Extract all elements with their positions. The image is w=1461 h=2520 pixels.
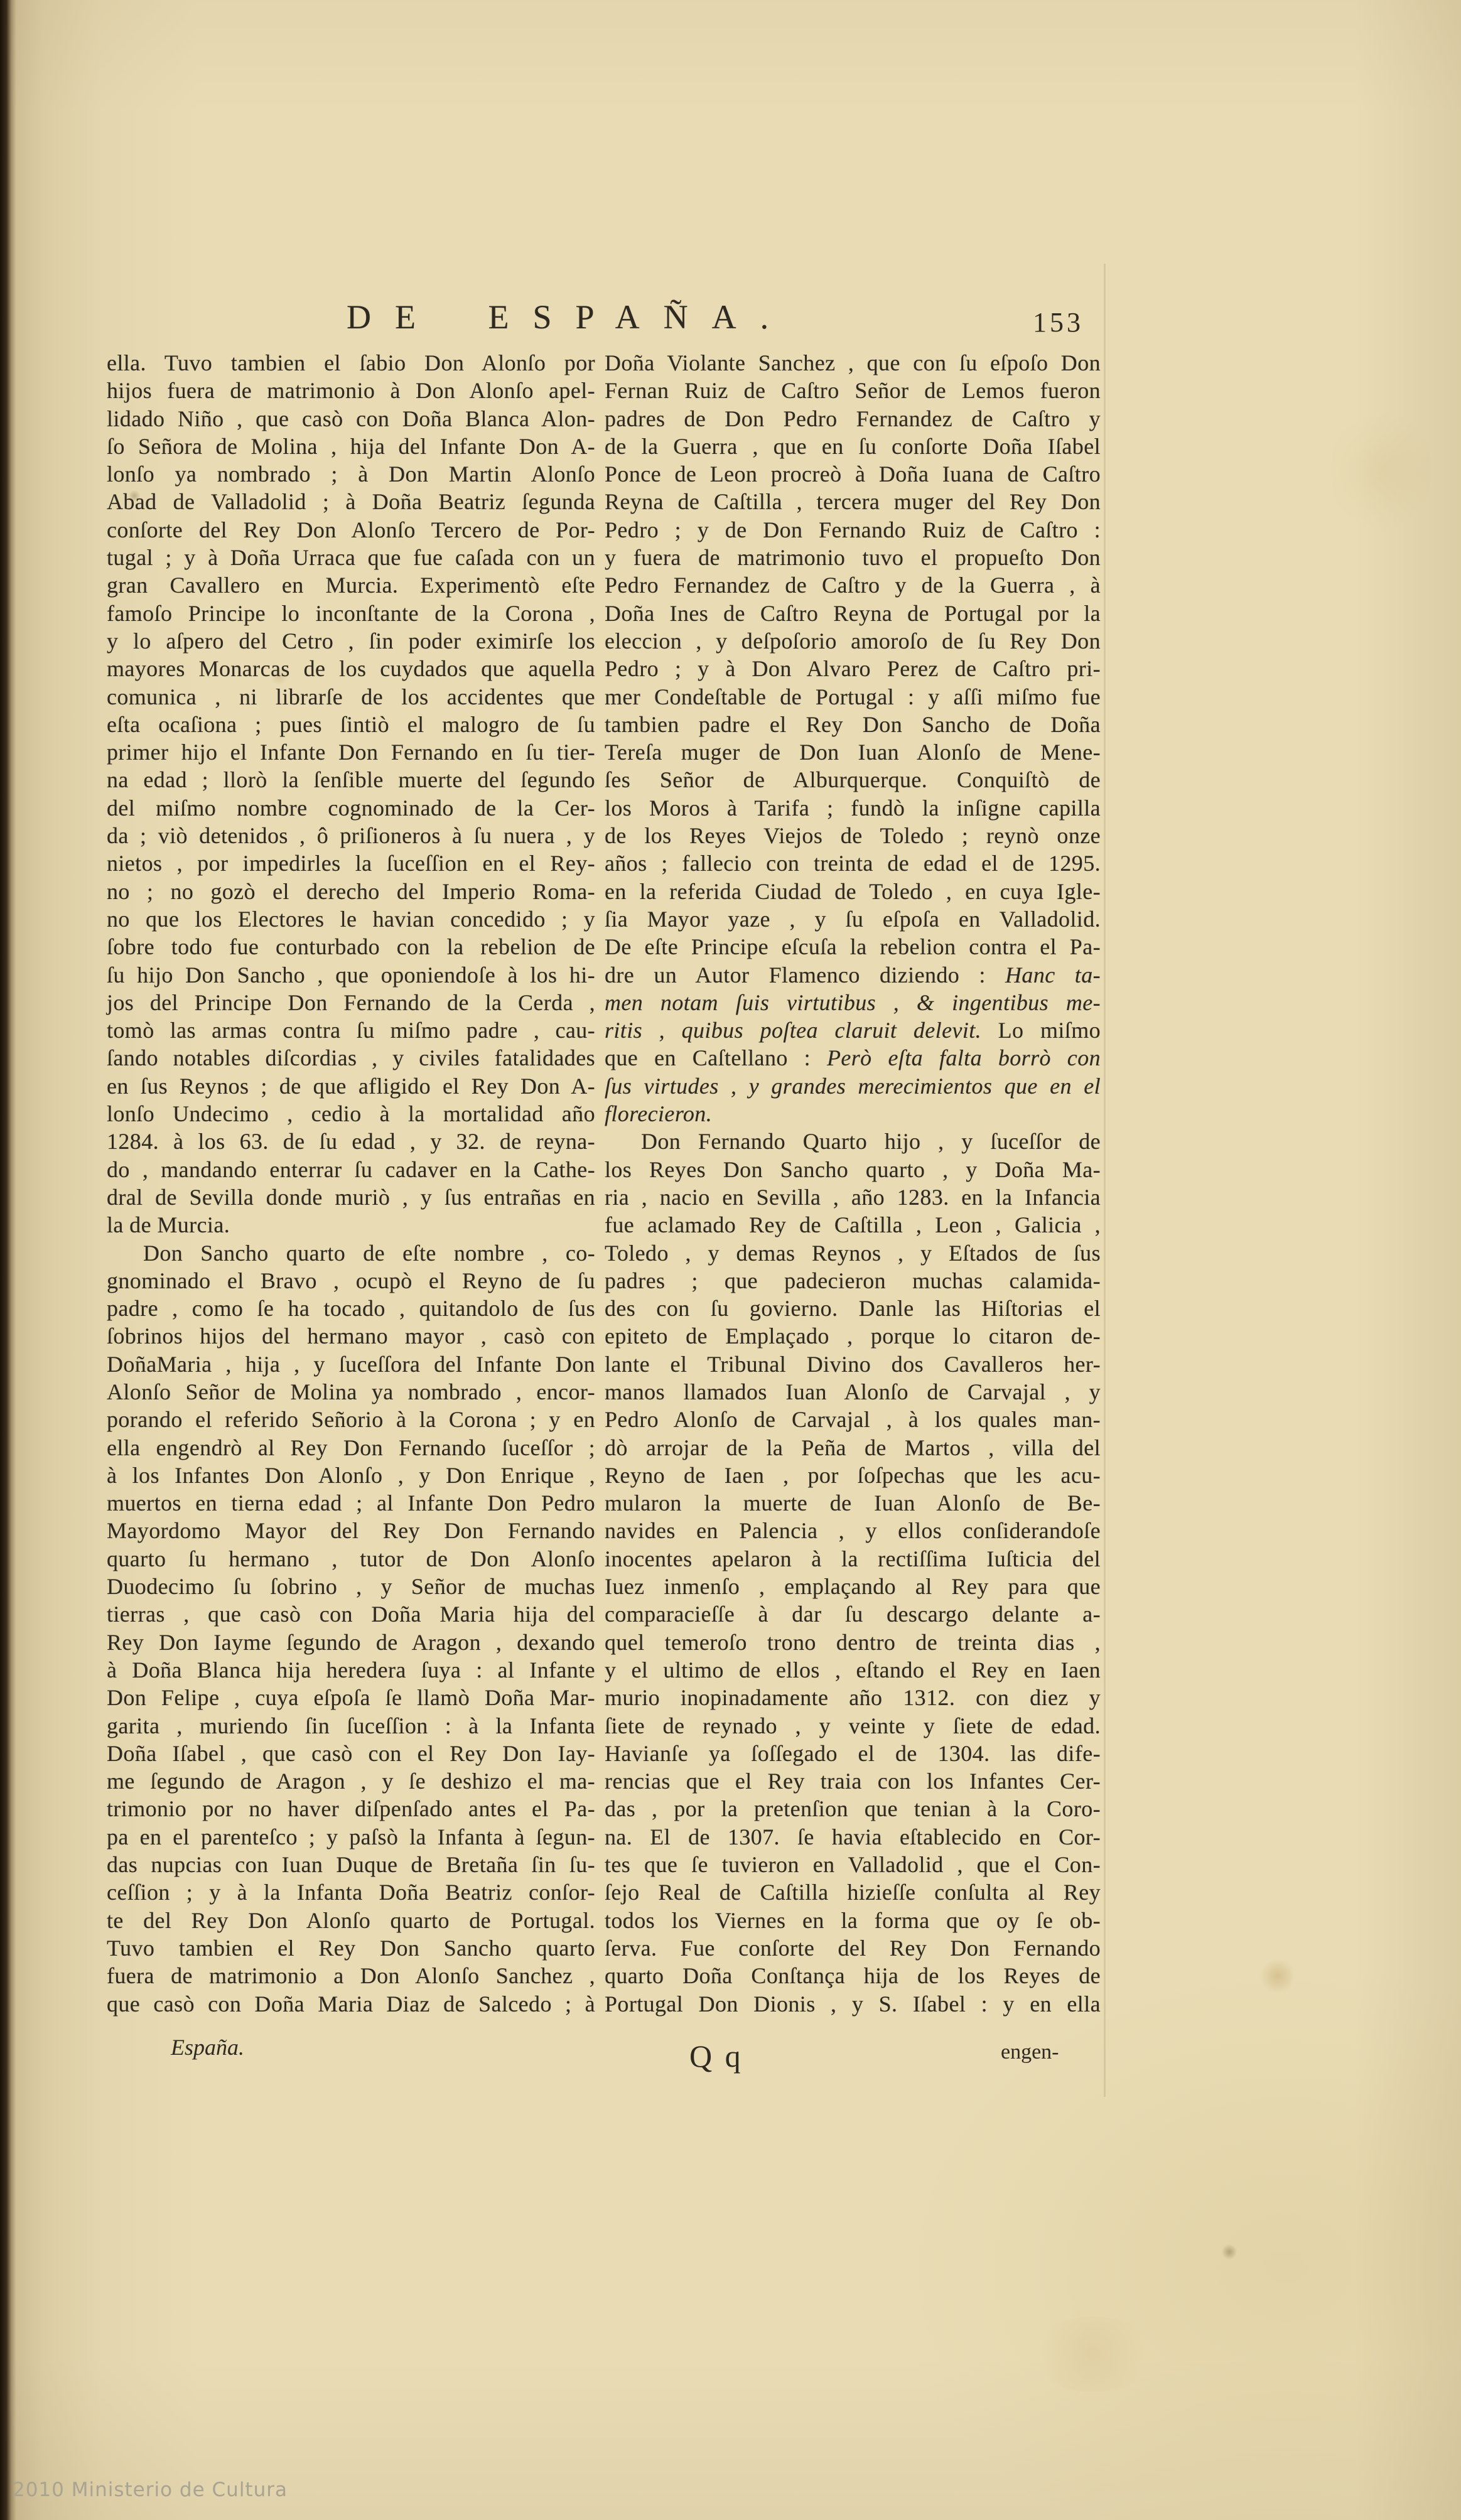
text-segment: na. El de 1307. ſe havia eſtablecido en …: [605, 1824, 1101, 1850]
text-line: Pedro Fernandez de Caſtro y de la Guerra…: [605, 571, 1101, 599]
text-line: rencias que el Rey traia con los Infante…: [605, 1767, 1101, 1795]
text-line: Pedro ; y à Don Alvaro Perez de Caſtro p…: [605, 655, 1101, 682]
text-segment: tambien padre el Rey Don Sancho de Doña: [605, 712, 1101, 737]
text-line: conſorte del Rey Don Alonſo Tercero de P…: [107, 516, 595, 544]
text-segment: de los Reyes Viejos de Toledo ; reynò on…: [605, 823, 1101, 848]
catchword-right: engen-: [1001, 2040, 1059, 2064]
text-line: mer Condeſtable de Portugal : y aſſi miſ…: [605, 683, 1101, 711]
italic-text-segment: ritis , quibus poſtea claruit delevit.: [605, 1018, 998, 1043]
text-line: lidado Niño , que casò con Doña Blanca A…: [107, 405, 595, 433]
text-line: fuera de matrimonio a Don Alonſo Sanchez…: [107, 1962, 595, 1990]
text-segment: años ; fallecio con treinta de edad el d…: [605, 851, 1101, 876]
text-segment: dre un Autor Flamenco diziendo :: [605, 962, 1005, 988]
text-segment: y el ultimo de ellos , eſtando el Rey en…: [605, 1657, 1101, 1683]
text-line: tugal ; y à Doña Urraca que fue caſada c…: [107, 544, 595, 571]
text-segment: das , por la pretenſion que tenian à la …: [605, 1796, 1101, 1821]
text-segment: quarto Doña Conſtança hija de los Reyes …: [605, 1963, 1101, 1988]
text-line: Doña Iſabel , que casò con el Rey Don Ia…: [107, 1740, 595, 1767]
text-segment: Iuez inmenſo , emplaçando al Rey para qu…: [605, 1574, 1101, 1599]
text-line: das nupcias con Iuan Duque de Bretaña ſi…: [107, 1851, 595, 1878]
text-line: años ; fallecio con treinta de edad el d…: [605, 849, 1101, 877]
text-line: inocentes apelaron à la rectiſſima Iuſti…: [605, 1545, 1101, 1573]
text-line: Don Sancho quarto de eſte nombre , co-: [107, 1239, 595, 1267]
text-line: Toledo , y demas Reynos , y Eſtados de ſ…: [605, 1239, 1101, 1267]
text-line: lante el Tribunal Divino dos Cavalleros …: [605, 1350, 1101, 1378]
text-line: das , por la pretenſion que tenian à la …: [605, 1795, 1101, 1823]
text-line: à los Infantes Don Alonſo , y Don Enriqu…: [107, 1462, 595, 1489]
text-segment: comparacieſſe à dar ſu descargo delante …: [605, 1602, 1101, 1627]
text-segment: que casò con Doña Maria Diaz de Salcedo …: [107, 1991, 595, 2017]
text-segment: Duodecimo ſu ſobrino , y Señor de muchas: [107, 1574, 595, 1599]
text-segment: y fuera de matrimonio tuvo el propueſto …: [605, 545, 1101, 570]
text-segment: epiteto de Emplaçado , porque lo citaron…: [605, 1323, 1101, 1349]
text-line: comunica , ni librarſe de los accidentes…: [107, 683, 595, 711]
text-line: quel temeroſo trono dentro de treinta di…: [605, 1629, 1101, 1656]
text-line: epiteto de Emplaçado , porque lo citaron…: [605, 1322, 1101, 1350]
italic-text-segment: Però eſta falta borrò con: [827, 1045, 1101, 1070]
text-line: De eſte Principe eſcuſa la rebelion cont…: [605, 933, 1101, 961]
text-line: ſiete de reynado , y veinte y ſiete de e…: [605, 1712, 1101, 1740]
text-line: ria , nacio en Sevilla , año 1283. en la…: [605, 1183, 1101, 1211]
text-segment: quel temeroſo trono dentro de treinta di…: [605, 1630, 1101, 1655]
text-segment: ſobrinos hijos del hermano mayor , casò …: [107, 1323, 595, 1349]
text-line: no ; no gozò el derecho del Imperio Roma…: [107, 878, 595, 905]
page-crease-line: [1104, 264, 1106, 2097]
text-segment: eleccion , y deſpoſorio amoroſo de ſu Re…: [605, 628, 1101, 654]
page-number: 153: [1033, 306, 1084, 338]
text-line: manos llamados Iuan Alonſo de Carvajal ,…: [605, 1378, 1101, 1406]
text-segment: ceſſion ; y à la Infanta Doña Beatriz co…: [107, 1880, 595, 1905]
text-segment: fuera de matrimonio a Don Alonſo Sanchez…: [107, 1963, 595, 1988]
text-segment: Abad de Valladolid ; à Doña Beatriz ſegu…: [107, 489, 595, 514]
text-line: ſando notables diſcordias , y civiles fa…: [107, 1044, 595, 1072]
text-segment: mularon la muerte de Iuan Alonſo de Be-: [605, 1490, 1101, 1516]
text-segment: navides en Palencia , y ellos conſideran…: [605, 1518, 1101, 1543]
text-segment: ſerva. Fue conſorte del Rey Don Fernando: [605, 1936, 1101, 1961]
text-line: ſobre todo fue conturbado con la rebelio…: [107, 933, 595, 961]
text-segment: no que los Electores le havian concedido…: [107, 907, 595, 932]
text-line: muertos en tierna edad ; al Infante Don …: [107, 1489, 595, 1517]
catchword-left: España.: [171, 2034, 244, 2060]
text-line: Reyna de Caſtilla , tercera muger del Re…: [605, 488, 1101, 515]
text-line: dral de Sevilla donde muriò , y ſus entr…: [107, 1183, 595, 1211]
text-line: Portugal Don Dionis , y S. Iſabel : y en…: [605, 1990, 1101, 2018]
text-segment: rencias que el Rey traia con los Infante…: [605, 1769, 1101, 1794]
text-line: Don Felipe , cuya eſpoſa ſe llamò Doña M…: [107, 1684, 595, 1711]
text-line: florecieron.: [605, 1100, 1101, 1128]
text-segment: ſando notables diſcordias , y civiles fa…: [107, 1045, 595, 1070]
text-segment: muertos en tierna edad ; al Infante Don …: [107, 1490, 595, 1516]
text-segment: Reyna de Caſtilla , tercera muger del Re…: [605, 489, 1101, 514]
text-segment: das nupcias con Iuan Duque de Bretaña ſi…: [107, 1852, 595, 1877]
text-line: pa en el parenteſco ; y paſsò la Infanta…: [107, 1823, 595, 1851]
column-right: Doña Violante Sanchez , que con ſu eſpoſ…: [605, 349, 1101, 2018]
text-segment: ſiete de reynado , y veinte y ſiete de e…: [605, 1713, 1101, 1738]
text-line: y lo aſpero del Cetro , ſin poder eximir…: [107, 627, 595, 655]
text-line: na. El de 1307. ſe havia eſtablecido en …: [605, 1823, 1101, 1851]
text-line: Alonſo Señor de Molina ya nombrado , enc…: [107, 1378, 595, 1406]
text-line: quarto ſu hermano , tutor de Don Alonſo: [107, 1545, 595, 1573]
text-line: ſu hijo Don Sancho , que oponiendoſe à l…: [107, 961, 595, 989]
text-segment: Rey Don Iayme ſegundo de Aragon , dexand…: [107, 1630, 595, 1655]
text-line: ſerva. Fue conſorte del Rey Don Fernando: [605, 1934, 1101, 1962]
text-line: Havianſe ya ſoſſegado el de 1304. las di…: [605, 1740, 1101, 1767]
text-segment: Toledo , y demas Reynos , y Eſtados de ſ…: [605, 1241, 1101, 1266]
text-segment: fue aclamado Rey de Caſtilla , Leon , Ga…: [605, 1212, 1101, 1237]
text-line: gnominado el Bravo , ocupò el Reyno de ſ…: [107, 1267, 595, 1295]
text-segment: manos llamados Iuan Alonſo de Carvajal ,…: [605, 1379, 1101, 1404]
text-line: de los Reyes Viejos de Toledo ; reynò on…: [605, 822, 1101, 849]
text-segment: do , mandando enterrar ſu cadaver en la …: [107, 1157, 595, 1182]
text-line: da ; viò detenidos , ô priſioneros à ſu …: [107, 822, 595, 849]
text-line: y el ultimo de ellos , eſtando el Rey en…: [605, 1656, 1101, 1684]
text-segment: des con ſu govierno. Danle las Hiſtorias…: [605, 1296, 1101, 1321]
text-line: Iuez inmenſo , emplaçando al Rey para qu…: [605, 1573, 1101, 1600]
text-segment: hijos fuera de matrimonio à Don Alonſo a…: [107, 378, 595, 403]
text-line: ſes Señor de Alburquerque. Conquiſtò de: [605, 766, 1101, 794]
text-line: ſus virtudes , y grandes merecimientos q…: [605, 1072, 1101, 1100]
text-line: no que los Electores le havian concedido…: [107, 905, 595, 933]
text-segment: Don Felipe , cuya eſpoſa ſe llamò Doña M…: [107, 1685, 595, 1710]
text-segment: padres ; que padecieron muchas calamida-: [605, 1268, 1101, 1293]
text-segment: Don Fernando Quarto hijo , y ſuceſſor de: [641, 1129, 1101, 1154]
text-segment: comunica , ni librarſe de los accidentes…: [107, 684, 595, 709]
text-segment: del miſmo nombre cognominado de la Cer-: [107, 795, 595, 821]
signature-mark: Q q: [689, 2038, 741, 2074]
text-line: padre , como ſe ha tocado , quitandolo d…: [107, 1295, 595, 1322]
text-line: ſia Mayor yaze , y ſu eſpoſa en Valladol…: [605, 905, 1101, 933]
binding-shadow: [0, 0, 16, 2520]
text-line: tes que ſe tuvieron en Valladolid , que …: [605, 1851, 1101, 1878]
text-line: lonſo ya nombrado ; à Don Martin Alonſo: [107, 460, 595, 488]
text-segment: Alonſo Señor de Molina ya nombrado , enc…: [107, 1379, 595, 1404]
book-page-scan: DE ESPAÑA. 153 ella. Tuvo tambien el ſab…: [0, 0, 1461, 2520]
text-segment: los Reyes Don Sancho quarto , y Doña Ma-: [605, 1157, 1101, 1182]
text-line: todos los Viernes en la forma que oy ſe …: [605, 1907, 1101, 1934]
text-line: murio inopinadamente año 1312. con diez …: [605, 1684, 1101, 1711]
text-line: padres de Don Pedro Fernandez de Caſtro …: [605, 405, 1101, 433]
text-line: comparacieſſe à dar ſu descargo delante …: [605, 1600, 1101, 1628]
text-segment: padres de Don Pedro Fernandez de Caſtro …: [605, 406, 1101, 431]
text-segment: padre , como ſe ha tocado , quitandolo d…: [107, 1296, 595, 1321]
text-segment: Tuvo tambien el Rey Don Sancho quarto: [107, 1936, 595, 1961]
text-line: la de Murcia.: [107, 1211, 595, 1239]
text-line: Ponce de Leon procreò à Doña Iuana de Ca…: [605, 460, 1101, 488]
text-line: fue aclamado Rey de Caſtilla , Leon , Ga…: [605, 1211, 1101, 1239]
text-segment: Reyno de Iaen , por ſoſpechas que les ac…: [605, 1463, 1101, 1488]
text-segment: Don Sancho quarto de eſte nombre , co-: [143, 1241, 595, 1266]
text-line: garita , muriendo ſin ſuceſſion : à la I…: [107, 1712, 595, 1740]
text-line: trimonio por no haver diſpenſado antes e…: [107, 1795, 595, 1823]
text-segment: me ſegundo de Aragon , y ſe deshizo el m…: [107, 1769, 595, 1794]
text-segment: ſes Señor de Alburquerque. Conquiſtò de: [605, 767, 1101, 792]
text-line: tierras , que casò con Doña Maria hija d…: [107, 1600, 595, 1628]
text-segment: dral de Sevilla donde muriò , y ſus entr…: [107, 1185, 595, 1210]
text-segment: tierras , que casò con Doña Maria hija d…: [107, 1602, 595, 1627]
text-line: DoñaMaria , hija , y ſuceſſora del Infan…: [107, 1350, 595, 1378]
text-line: los Reyes Don Sancho quarto , y Doña Ma-: [605, 1156, 1101, 1183]
text-segment: nietos , por impedirles la ſuceſſion en …: [107, 851, 595, 876]
text-segment: ſia Mayor yaze , y ſu eſpoſa en Valladol…: [605, 907, 1101, 932]
text-segment: jos del Principe Don Fernando de la Cerd…: [107, 990, 595, 1015]
text-segment: garita , muriendo ſin ſuceſſion : à la I…: [107, 1713, 595, 1738]
text-line: tambien padre el Rey Don Sancho de Doña: [605, 711, 1101, 738]
text-segment: da ; viò detenidos , ô priſioneros à ſu …: [107, 823, 595, 848]
text-segment: Ponce de Leon procreò à Doña Iuana de Ca…: [605, 461, 1101, 487]
text-segment: y lo aſpero del Cetro , ſin poder eximir…: [107, 628, 595, 654]
text-line: eleccion , y deſpoſorio amoroſo de ſu Re…: [605, 627, 1101, 655]
text-line: lonſo Undecimo , cedio à la mortalidad a…: [107, 1100, 595, 1128]
italic-text-segment: Hanc ta-: [1005, 962, 1101, 988]
text-line: famoſo Principe lo inconſtante de la Cor…: [107, 600, 595, 627]
watermark-credit: 2010 Ministerio de Cultura: [13, 2479, 288, 2501]
text-segment: Pedro Alonſo de Carvajal , à los quales …: [605, 1407, 1101, 1432]
text-line: en ſus Reynos ; de que afligido el Rey D…: [107, 1072, 595, 1100]
text-segment: ſo Señora de Molina , hija del Infante D…: [107, 434, 595, 459]
text-segment: murio inopinadamente año 1312. con diez …: [605, 1685, 1101, 1710]
text-line: los Moros à Tarifa ; fundò la inſigne ca…: [605, 794, 1101, 822]
text-segment: gnominado el Bravo , ocupò el Reyno de ſ…: [107, 1268, 595, 1293]
text-line: de la Guerra , que en ſu conſorte Doña I…: [605, 433, 1101, 460]
text-line: mularon la muerte de Iuan Alonſo de Be-: [605, 1489, 1101, 1517]
text-line: Duodecimo ſu ſobrino , y Señor de muchas: [107, 1573, 595, 1600]
text-line: à Doña Blanca hija heredera ſuya : al In…: [107, 1656, 595, 1684]
text-segment: ſu hijo Don Sancho , que oponiendoſe à l…: [107, 962, 595, 988]
paper-stain: [1221, 2244, 1237, 2259]
text-line: men notam ſuis virtutibus , & ingentibus…: [605, 989, 1101, 1016]
text-line: y fuera de matrimonio tuvo el propueſto …: [605, 544, 1101, 571]
text-segment: los Moros à Tarifa ; fundò la inſigne ca…: [605, 795, 1101, 821]
text-line: gran Cavallero en Murcia. Experimentò eſ…: [107, 571, 595, 599]
paper-stain: [1259, 1959, 1297, 1993]
text-line: mayores Monarcas de los cuydados que aqu…: [107, 655, 595, 682]
text-segment: Tereſa muger de Don Iuan Alonſo de Mene-: [605, 740, 1101, 765]
text-line: 1284. à los 63. de ſu edad , y 32. de re…: [107, 1128, 595, 1155]
text-line: Doña Violante Sanchez , que con ſu eſpoſ…: [605, 349, 1101, 377]
text-segment: ria , nacio en Sevilla , año 1283. en la…: [605, 1185, 1101, 1210]
text-segment: Pedro ; y à Don Alvaro Perez de Caſtro p…: [605, 656, 1101, 681]
text-segment: primer hijo el Infante Don Fernando en ſ…: [107, 740, 595, 765]
text-segment: porando el referido Señorio à la Corona …: [107, 1407, 595, 1432]
italic-text-segment: ſus virtudes , y grandes merecimientos q…: [605, 1074, 1101, 1099]
text-segment: que en Caſtellano :: [605, 1045, 827, 1070]
text-line: dò arrojar de la Peña de Martos , villa …: [605, 1434, 1101, 1462]
text-line: nietos , por impedirles la ſuceſſion en …: [107, 849, 595, 877]
text-segment: de la Guerra , que en ſu conſorte Doña I…: [605, 434, 1101, 459]
text-line: ella. Tuvo tambien el ſabio Don Alonſo p…: [107, 349, 595, 377]
text-segment: la de Murcia.: [107, 1212, 230, 1237]
text-line: ſobrinos hijos del hermano mayor , casò …: [107, 1322, 595, 1350]
text-line: Tuvo tambien el Rey Don Sancho quarto: [107, 1934, 595, 1962]
text-segment: tomò las armas contra ſu miſmo padre , c…: [107, 1018, 595, 1043]
text-line: ſo Señora de Molina , hija del Infante D…: [107, 433, 595, 460]
text-line: primer hijo el Infante Don Fernando en ſ…: [107, 738, 595, 766]
text-segment: en ſus Reynos ; de que afligido el Rey D…: [107, 1074, 595, 1099]
text-line: que en Caſtellano : Però eſta falta borr…: [605, 1044, 1101, 1072]
text-segment: quarto ſu hermano , tutor de Don Alonſo: [107, 1546, 595, 1571]
text-line: padres ; que padecieron muchas calamida-: [605, 1267, 1101, 1295]
text-segment: 1284. à los 63. de ſu edad , y 32. de re…: [107, 1129, 595, 1154]
text-segment: Doña Violante Sanchez , que con ſu eſpoſ…: [605, 350, 1101, 375]
text-segment: lonſo ya nombrado ; à Don Martin Alonſo: [107, 461, 595, 487]
text-line: do , mandando enterrar ſu cadaver en la …: [107, 1156, 595, 1183]
text-segment: tugal ; y à Doña Urraca que fue caſada c…: [107, 545, 595, 570]
text-line: te del Rey Don Alonſo quarto de Portugal…: [107, 1907, 595, 1934]
text-line: del miſmo nombre cognominado de la Cer-: [107, 794, 595, 822]
text-segment: ſejo Real de Caſtilla hizieſſe conſulta …: [605, 1880, 1101, 1905]
text-segment: trimonio por no haver diſpenſado antes e…: [107, 1796, 595, 1821]
text-segment: Fernan Ruiz de Caſtro Señor de Lemos fue…: [605, 378, 1101, 403]
text-segment: mer Condeſtable de Portugal : y aſſi miſ…: [605, 684, 1101, 709]
text-line: Rey Don Iayme ſegundo de Aragon , dexand…: [107, 1629, 595, 1656]
text-segment: no ; no gozò el derecho del Imperio Roma…: [107, 879, 595, 904]
text-segment: na edad ; llorò la ſenſible muerte del ſ…: [107, 767, 595, 792]
text-segment: lidado Niño , que casò con Doña Blanca A…: [107, 406, 595, 431]
text-segment: inocentes apelaron à la rectiſſima Iuſti…: [605, 1546, 1101, 1571]
text-segment: pa en el parenteſco ; y paſsò la Infanta…: [107, 1824, 595, 1850]
text-segment: Lo miſmo: [998, 1018, 1101, 1043]
text-segment: ella. Tuvo tambien el ſabio Don Alonſo p…: [107, 350, 595, 375]
text-segment: à los Infantes Don Alonſo , y Don Enriqu…: [107, 1463, 595, 1488]
text-segment: conſorte del Rey Don Alonſo Tercero de P…: [107, 517, 595, 542]
text-line: des con ſu govierno. Danle las Hiſtorias…: [605, 1295, 1101, 1322]
text-line: ella engendrò al Rey Don Fernando ſuceſſ…: [107, 1434, 595, 1462]
text-segment: ella engendrò al Rey Don Fernando ſuceſſ…: [107, 1435, 595, 1460]
text-segment: DoñaMaria , hija , y ſuceſſora del Infan…: [107, 1352, 595, 1377]
text-segment: lante el Tribunal Divino dos Cavalleros …: [605, 1352, 1101, 1377]
text-line: ritis , quibus poſtea claruit delevit. L…: [605, 1016, 1101, 1044]
text-segment: lonſo Undecimo , cedio à la mortalidad a…: [107, 1101, 595, 1126]
running-header-title: DE ESPAÑA.: [347, 298, 792, 337]
text-line: na edad ; llorò la ſenſible muerte del ſ…: [107, 766, 595, 794]
italic-text-segment: men notam ſuis virtutibus , & ingentibus…: [605, 990, 1101, 1015]
paper-stain: [1030, 2317, 1155, 2392]
text-segment: dò arrojar de la Peña de Martos , villa …: [605, 1435, 1101, 1460]
text-segment: Doña Iſabel , que casò con el Rey Don Ia…: [107, 1741, 595, 1766]
column-left: ella. Tuvo tambien el ſabio Don Alonſo p…: [107, 349, 595, 2018]
text-segment: en la referida Ciudad de Toledo , en cuy…: [605, 879, 1101, 904]
text-segment: mayores Monarcas de los cuydados que aqu…: [107, 656, 595, 681]
text-line: Abad de Valladolid ; à Doña Beatriz ſegu…: [107, 488, 595, 515]
text-line: Reyno de Iaen , por ſoſpechas que les ac…: [605, 1462, 1101, 1489]
text-line: jos del Principe Don Fernando de la Cerd…: [107, 989, 595, 1016]
text-line: ceſſion ; y à la Infanta Doña Beatriz co…: [107, 1878, 595, 1906]
text-line: me ſegundo de Aragon , y ſe deshizo el m…: [107, 1767, 595, 1795]
text-segment: Pedro ; y de Don Fernando Ruiz de Caſtro…: [605, 517, 1101, 542]
text-segment: ſobre todo fue conturbado con la rebelio…: [107, 934, 595, 959]
text-line: Doña Ines de Caſtro Reyna de Portugal po…: [605, 600, 1101, 627]
text-line: Pedro ; y de Don Fernando Ruiz de Caſtro…: [605, 516, 1101, 544]
text-line: que casò con Doña Maria Diaz de Salcedo …: [107, 1990, 595, 2018]
text-line: Fernan Ruiz de Caſtro Señor de Lemos fue…: [605, 377, 1101, 404]
text-segment: todos los Viernes en la forma que oy ſe …: [605, 1908, 1101, 1933]
text-line: navides en Palencia , y ellos conſideran…: [605, 1517, 1101, 1544]
text-segment: eſta ocaſiona ; pues ſintiò el malogro d…: [107, 712, 595, 737]
text-segment: De eſte Principe eſcuſa la rebelion cont…: [605, 934, 1101, 959]
paper-stain: [1331, 402, 1431, 540]
text-line: dre un Autor Flamenco diziendo : Hanc ta…: [605, 961, 1101, 989]
text-line: eſta ocaſiona ; pues ſintiò el malogro d…: [107, 711, 595, 738]
text-segment: Pedro Fernandez de Caſtro y de la Guerra…: [605, 573, 1101, 598]
text-line: ſejo Real de Caſtilla hizieſſe conſulta …: [605, 1878, 1101, 1906]
text-line: Tereſa muger de Don Iuan Alonſo de Mene-: [605, 738, 1101, 766]
text-line: en la referida Ciudad de Toledo , en cuy…: [605, 878, 1101, 905]
text-segment: Portugal Don Dionis , y S. Iſabel : y en…: [605, 1991, 1101, 2017]
text-line: quarto Doña Conſtança hija de los Reyes …: [605, 1962, 1101, 1990]
text-line: hijos fuera de matrimonio à Don Alonſo a…: [107, 377, 595, 404]
text-line: tomò las armas contra ſu miſmo padre , c…: [107, 1016, 595, 1044]
text-segment: te del Rey Don Alonſo quarto de Portugal…: [107, 1908, 595, 1933]
text-segment: Mayordomo Mayor del Rey Don Fernando: [107, 1518, 595, 1543]
text-segment: Havianſe ya ſoſſegado el de 1304. las di…: [605, 1741, 1101, 1766]
text-segment: Doña Ines de Caſtro Reyna de Portugal po…: [605, 601, 1101, 626]
text-segment: famoſo Principe lo inconſtante de la Cor…: [107, 601, 595, 626]
text-segment: tes que ſe tuvieron en Valladolid , que …: [605, 1852, 1101, 1877]
text-segment: gran Cavallero en Murcia. Experimentò eſ…: [107, 573, 595, 598]
italic-text-segment: florecieron.: [605, 1101, 712, 1126]
text-line: porando el referido Señorio à la Corona …: [107, 1406, 595, 1433]
text-line: Don Fernando Quarto hijo , y ſuceſſor de: [605, 1128, 1101, 1155]
text-line: Pedro Alonſo de Carvajal , à los quales …: [605, 1406, 1101, 1433]
text-segment: à Doña Blanca hija heredera ſuya : al In…: [107, 1657, 595, 1683]
text-line: Mayordomo Mayor del Rey Don Fernando: [107, 1517, 595, 1544]
